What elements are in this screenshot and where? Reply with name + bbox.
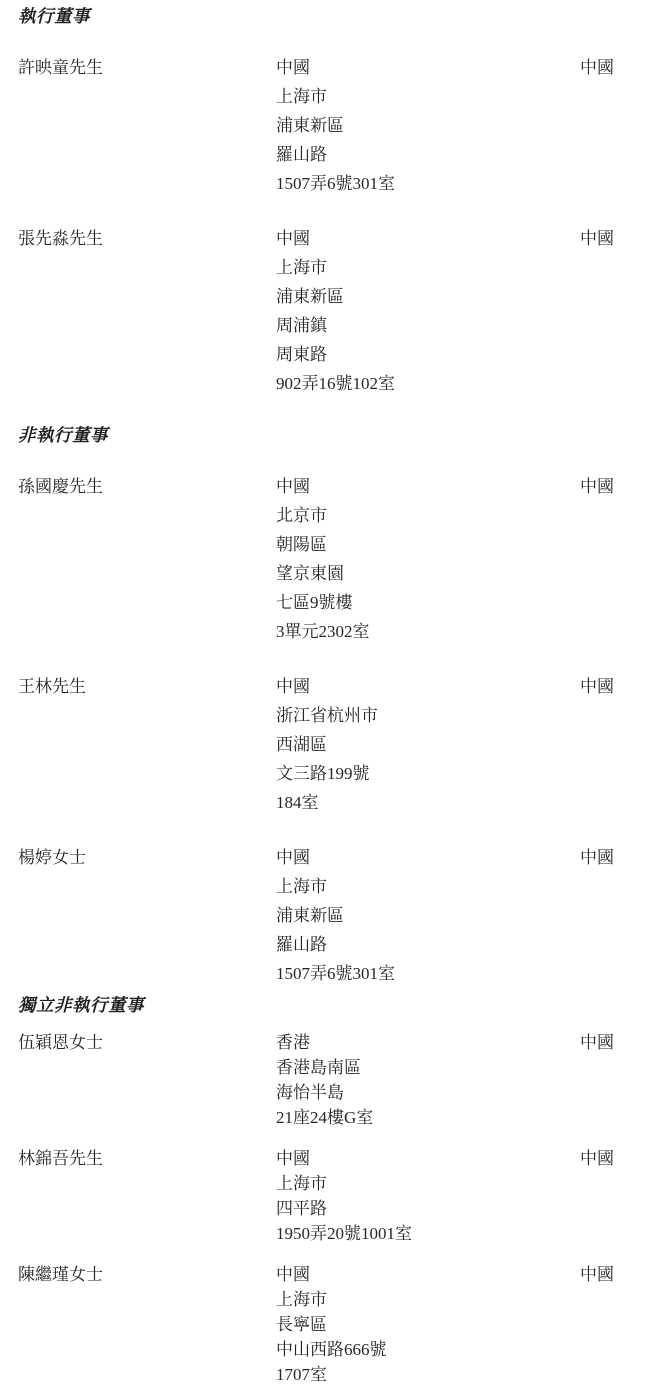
address-line: 浦東新區 — [276, 111, 580, 140]
address-line: 七區9號樓 — [276, 588, 580, 617]
address-line: 香港島南區 — [276, 1055, 580, 1080]
director-address: 中國上海市浦東新區羅山路1507弄6號301室 — [276, 53, 580, 198]
section-rows: 孫國慶先生 中國北京市朝陽區望京東園七區9號樓3單元2302室 中國 王林先生 … — [18, 472, 634, 988]
director-address: 中國上海市浦東新區周浦鎮周東路902弄16號102室 — [276, 224, 580, 398]
section-heading: 獨立非執行董事 — [18, 992, 634, 1018]
address-line: 上海市 — [276, 1287, 580, 1312]
director-address: 中國上海市四平路1950弄20號1001室 — [276, 1146, 580, 1246]
section-rows: 伍穎恩女士 香港香港島南區海怡半島21座24樓G室 中國 林錦吾先生 中國上海市… — [18, 1030, 634, 1387]
director-row: 楊婷女士 中國上海市浦東新區羅山路1507弄6號301室 中國 — [18, 843, 634, 988]
director-name: 王林先生 — [18, 672, 276, 701]
address-line: 文三路199號 — [276, 759, 580, 788]
address-line: 上海市 — [276, 872, 580, 901]
address-line: 184室 — [276, 788, 580, 817]
address-line: 中國 — [276, 1262, 580, 1287]
address-line: 中國 — [276, 53, 580, 82]
address-line: 北京市 — [276, 501, 580, 530]
address-line: 3單元2302室 — [276, 617, 580, 646]
address-line: 長寧區 — [276, 1312, 580, 1337]
address-line: 四平路 — [276, 1196, 580, 1221]
directors-directory: 執行董事 許映童先生 中國上海市浦東新區羅山路1507弄6號301室 中國 張先… — [0, 0, 660, 1387]
address-line: 羅山路 — [276, 930, 580, 959]
address-line: 中國 — [276, 843, 580, 872]
director-nationality: 中國 — [580, 472, 634, 501]
address-line: 浙江省杭州市 — [276, 701, 580, 730]
address-line: 中國 — [276, 472, 580, 501]
director-nationality: 中國 — [580, 1030, 634, 1055]
address-line: 浦東新區 — [276, 901, 580, 930]
address-line: 周東路 — [276, 340, 580, 369]
director-row: 孫國慶先生 中國北京市朝陽區望京東園七區9號樓3單元2302室 中國 — [18, 472, 634, 646]
address-line: 上海市 — [276, 253, 580, 282]
address-line: 1950弄20號1001室 — [276, 1221, 580, 1246]
address-line: 上海市 — [276, 82, 580, 111]
director-address: 中國上海市長寧區中山西路666號1707室 — [276, 1262, 580, 1387]
address-line: 浦東新區 — [276, 282, 580, 311]
director-section: 獨立非執行董事 伍穎恩女士 香港香港島南區海怡半島21座24樓G室 中國 林錦吾… — [18, 992, 634, 1387]
address-line: 羅山路 — [276, 140, 580, 169]
director-nationality: 中國 — [580, 53, 634, 82]
director-row: 許映童先生 中國上海市浦東新區羅山路1507弄6號301室 中國 — [18, 53, 634, 198]
address-line: 海怡半島 — [276, 1080, 580, 1105]
director-nationality: 中國 — [580, 1262, 634, 1287]
director-nationality: 中國 — [580, 843, 634, 872]
director-name: 孫國慶先生 — [18, 472, 276, 501]
director-row: 伍穎恩女士 香港香港島南區海怡半島21座24樓G室 中國 — [18, 1030, 634, 1130]
address-line: 周浦鎮 — [276, 311, 580, 340]
address-line: 西湖區 — [276, 730, 580, 759]
section-heading: 執行董事 — [18, 3, 634, 29]
address-line: 902弄16號102室 — [276, 369, 580, 398]
address-line: 1507弄6號301室 — [276, 169, 580, 198]
director-nationality: 中國 — [580, 672, 634, 701]
director-name: 楊婷女士 — [18, 843, 276, 872]
address-line: 望京東園 — [276, 559, 580, 588]
address-line: 中國 — [276, 1146, 580, 1171]
section-rows: 許映童先生 中國上海市浦東新區羅山路1507弄6號301室 中國 張先淼先生 中… — [18, 53, 634, 398]
director-row: 陳繼瑾女士 中國上海市長寧區中山西路666號1707室 中國 — [18, 1262, 634, 1387]
director-nationality: 中國 — [580, 224, 634, 253]
director-address: 中國浙江省杭州市西湖區文三路199號184室 — [276, 672, 580, 817]
address-line: 1507弄6號301室 — [276, 959, 580, 988]
address-line: 中國 — [276, 672, 580, 701]
address-line: 中國 — [276, 224, 580, 253]
director-address: 中國北京市朝陽區望京東園七區9號樓3單元2302室 — [276, 472, 580, 646]
director-section: 執行董事 許映童先生 中國上海市浦東新區羅山路1507弄6號301室 中國 張先… — [18, 3, 634, 398]
director-name: 許映童先生 — [18, 53, 276, 82]
director-address: 中國上海市浦東新區羅山路1507弄6號301室 — [276, 843, 580, 988]
director-row: 王林先生 中國浙江省杭州市西湖區文三路199號184室 中國 — [18, 672, 634, 817]
address-line: 中山西路666號 — [276, 1337, 580, 1362]
director-name: 伍穎恩女士 — [18, 1030, 276, 1055]
director-section: 非執行董事 孫國慶先生 中國北京市朝陽區望京東園七區9號樓3單元2302室 中國… — [18, 422, 634, 988]
section-heading: 非執行董事 — [18, 422, 634, 448]
address-line: 香港 — [276, 1030, 580, 1055]
address-line: 21座24樓G室 — [276, 1105, 580, 1130]
director-name: 張先淼先生 — [18, 224, 276, 253]
address-line: 朝陽區 — [276, 530, 580, 559]
director-name: 林錦吾先生 — [18, 1146, 276, 1171]
director-row: 張先淼先生 中國上海市浦東新區周浦鎮周東路902弄16號102室 中國 — [18, 224, 634, 398]
director-nationality: 中國 — [580, 1146, 634, 1171]
address-line: 1707室 — [276, 1362, 580, 1387]
director-row: 林錦吾先生 中國上海市四平路1950弄20號1001室 中國 — [18, 1146, 634, 1246]
address-line: 上海市 — [276, 1171, 580, 1196]
director-address: 香港香港島南區海怡半島21座24樓G室 — [276, 1030, 580, 1130]
director-name: 陳繼瑾女士 — [18, 1262, 276, 1287]
